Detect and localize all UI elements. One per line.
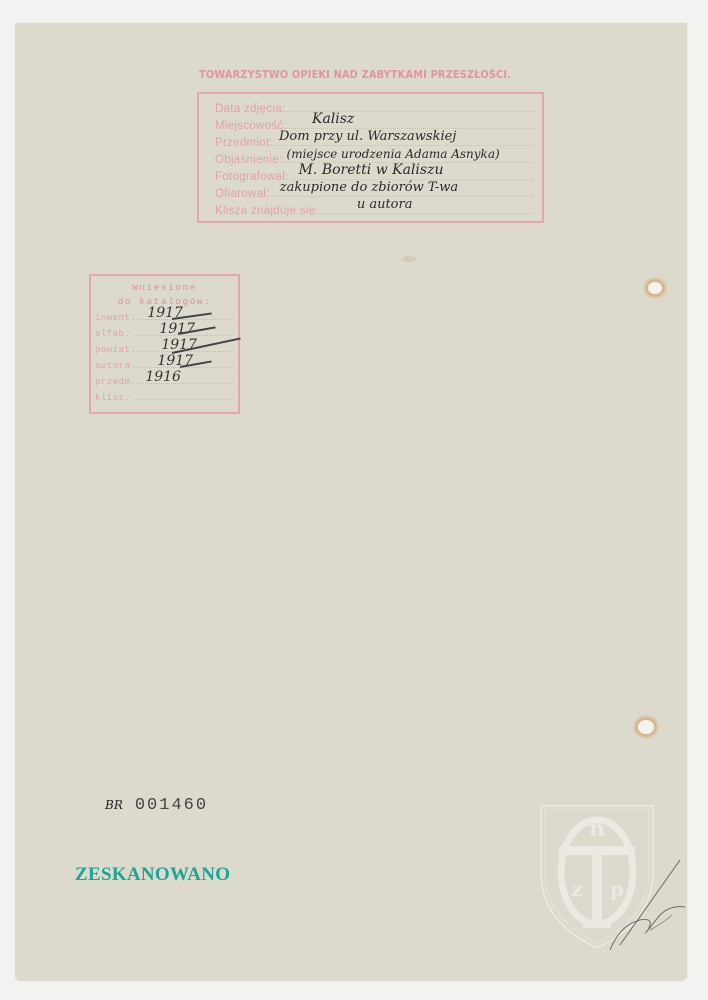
field-value: (miejsce urodzenia Adama Asnyka) [287,147,500,161]
inventory-prefix: BR [105,798,123,812]
field-label: Objaśnienie: [215,154,283,166]
field-label: alfab. [95,329,130,339]
catalog-field-subject: przedm. 1916 [95,373,234,387]
field-photo-date: Data zdjęcia: [215,98,534,115]
field-value: Dom przy ul. Warszawskiej [279,129,456,144]
field-line [133,399,234,400]
field-label: Przedmiot: [215,137,273,149]
catalog-entry-stamp: Wniesione do katalogów: inwent. 1917 alf… [89,274,240,414]
signature [600,855,690,955]
field-value: 1916 [145,369,181,385]
field-label: Fotografował: [215,171,289,183]
field-line: 1917 [139,319,234,320]
punch-hole [648,282,662,294]
field-line: 1917 [139,351,234,352]
field-label: Klisza znajduje się: [215,205,319,217]
field-line: u autora [319,213,534,214]
field-label: inwent. [95,313,136,323]
field-value: M. Boretti w Kaliszu [299,162,444,178]
field-line: 1917 [133,367,234,368]
field-label: przedm. [95,377,136,387]
catalog-field-plates: klisz. [95,389,234,403]
field-line: 1916 [139,383,234,384]
svg-text:n: n [589,816,605,842]
field-line: Dom przy ul. Warszawskiej [273,145,534,146]
field-label: Ofiarował: [215,188,270,200]
photo-info-stamp: Data zdjęcia: Miejscowość: Kalisz Przedm… [197,92,544,223]
field-label: Data zdjęcia: [215,103,285,115]
inventory-number: BR 001460 [105,796,208,815]
field-label: Miejscowość: [215,120,287,132]
punch-hole [638,720,654,734]
field-value: u autora [357,197,413,212]
field-label: klisz. [95,393,130,403]
field-label: autora [95,361,130,371]
field-value: 1917 [157,353,193,369]
inventory-digits: 001460 [135,796,208,815]
field-plate-location: Klisza znajduje się: u autora [215,200,534,217]
society-stamp-title: TOWARZYSTWO OPIEKI NAD ZABYTKAMI PRZESZŁ… [199,69,534,81]
svg-text:z: z [571,877,582,901]
paper-stain [402,256,416,262]
field-value: zakupione do zbiorów T-wa [280,180,458,195]
scanned-stamp: ZESKANOWANO [75,864,230,886]
field-label: powiat. [95,345,136,355]
field-line: 1917 [133,335,234,336]
catalog-header-line1: Wniesione [91,282,238,293]
field-value: Kalisz [312,111,354,127]
